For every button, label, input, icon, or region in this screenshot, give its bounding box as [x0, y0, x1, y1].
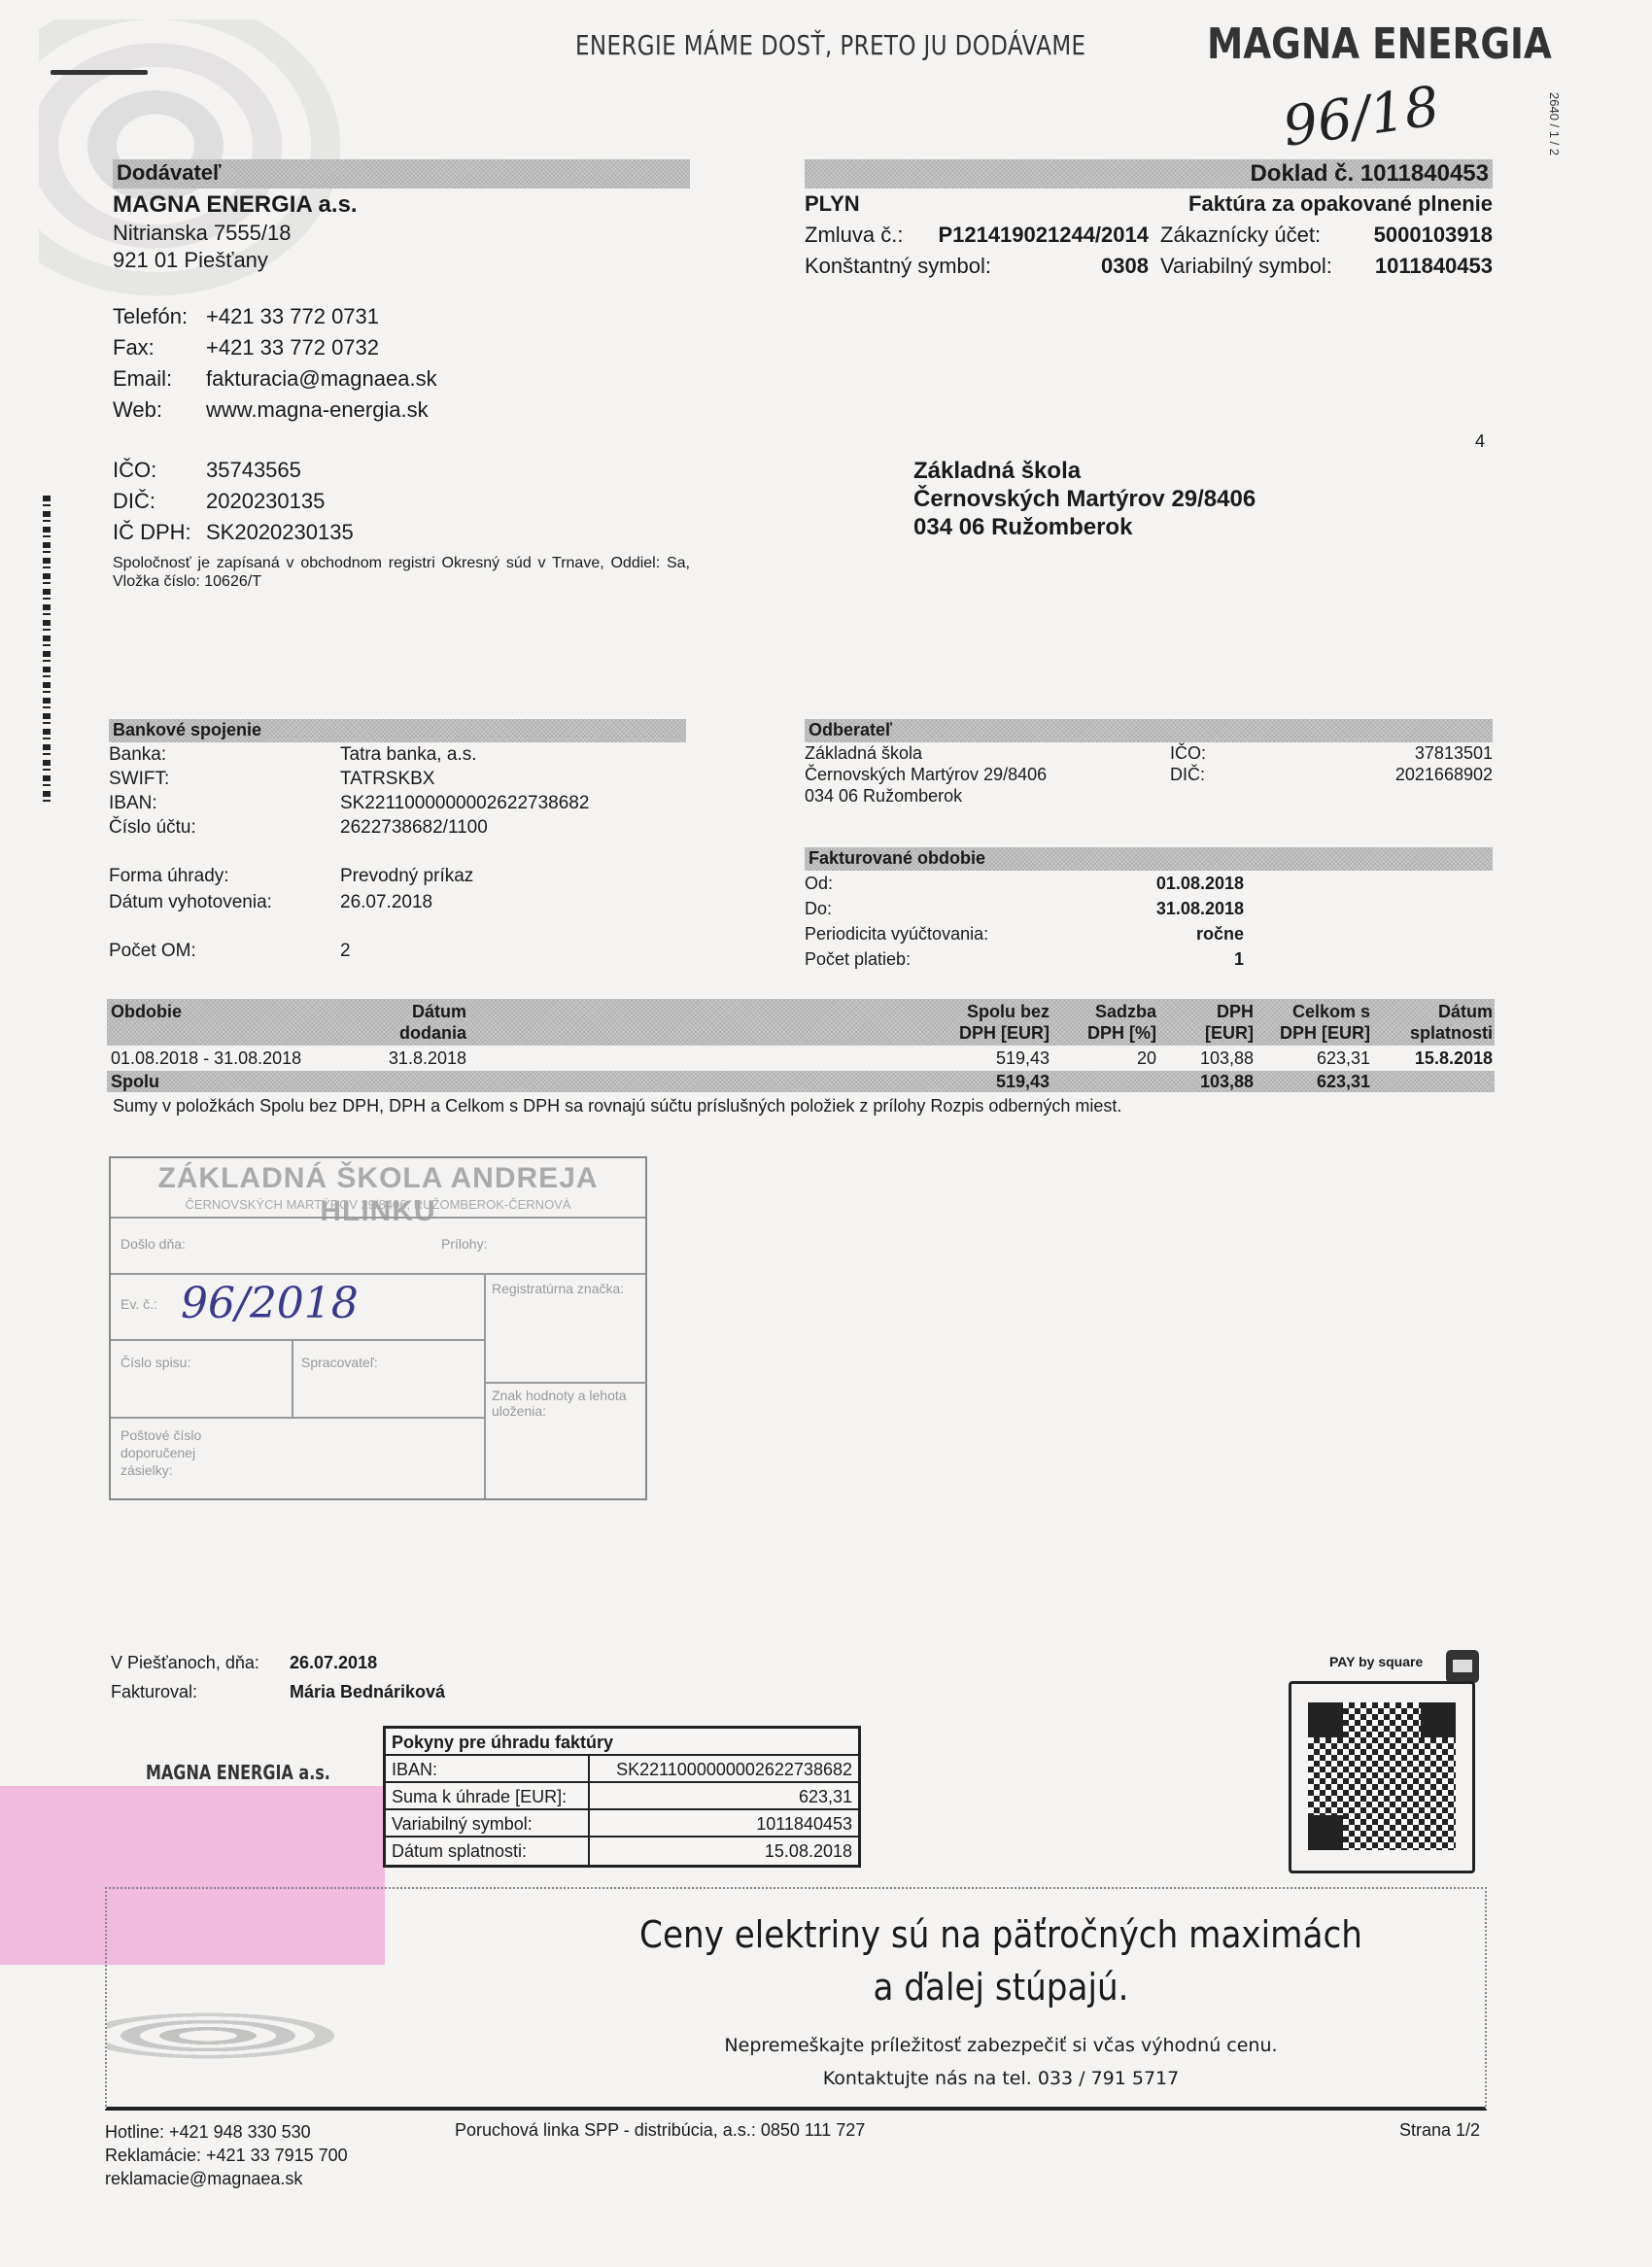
supplier-heading: Dodávateľ — [113, 159, 690, 189]
issue-date-row: Dátum vyhotovenia:26.07.2018 — [109, 889, 686, 915]
customer-block: Odberateľ Základná škola Černovských Mar… — [805, 719, 1493, 807]
payment-due-row: Dátum splatnosti:15.08.2018 — [386, 1838, 858, 1865]
periodicity-row: Periodicita vyúčtovania:ročne — [805, 921, 1493, 946]
col-vat-rate: SadzbaDPH [%] — [1050, 1001, 1156, 1046]
contact-email: Email:fakturacia@magnaea.sk — [113, 363, 690, 395]
contract-value: P121419021244/2014 — [927, 220, 1149, 251]
customer-account-label: Zákaznícky účet: — [1149, 220, 1339, 251]
page-marker: 4 — [1475, 431, 1485, 452]
customer-name: Základná škola — [805, 742, 1170, 764]
payment-iban-row: IBAN:SK2211000000002622738682 — [386, 1756, 858, 1783]
stamp-retention-label: Znak hodnoty a lehota uloženia: — [492, 1388, 637, 1419]
supplier-contacts: Telefón:+421 33 772 0731 Fax:+421 33 772… — [113, 301, 690, 426]
stamp-subtitle: ČERNOVSKÝCH MARTÝROV 29/8406, RUŽOMBEROK… — [111, 1197, 645, 1212]
constant-symbol-label: Konštantný symbol: — [805, 251, 1048, 282]
footer-contacts: Hotline: +421 948 330 530 Reklamácie: +4… — [105, 2120, 348, 2190]
document-header: Doklad č. 1011840453 PLYN Faktúra za opa… — [805, 159, 1493, 282]
stamp-ev-label: Ev. č.: — [120, 1296, 157, 1312]
handwritten-note: 96/18 — [1279, 75, 1443, 159]
stamp-reg-label: Registratúrna značka: — [492, 1281, 647, 1296]
company-stamp: MAGNA ENERGIA a.s. — [146, 1761, 330, 1784]
place-label: V Piešťanoch, dňa: — [111, 1648, 290, 1677]
customer-ico-label: IČO: — [1170, 742, 1287, 764]
place-date: 26.07.2018 — [290, 1648, 377, 1677]
supplier-name: MAGNA ENERGIA a.s. — [113, 190, 690, 220]
bank-swift-row: SWIFT:TATRSKBX — [109, 767, 686, 791]
period-to-row: Do:31.08.2018 — [805, 896, 1493, 921]
registry-stamp: ZÁKLADNÁ ŠKOLA ANDREJA HLINKU ČERNOVSKÝC… — [109, 1156, 647, 1500]
contract-label: Zmluva č.: — [805, 220, 927, 251]
footer-complaints-phone: Reklamácie: +421 33 7915 700 — [105, 2144, 348, 2167]
supplier-icdph: IČ DPH:SK2020230135 — [113, 517, 690, 548]
qr-code[interactable] — [1308, 1702, 1456, 1850]
recipient-line-2: Černovských Martýrov 29/8406 — [913, 485, 1256, 513]
barcode-strip — [43, 496, 51, 807]
col-gross: Celkom sDPH [EUR] — [1254, 1001, 1370, 1046]
col-vat: DPH[EUR] — [1156, 1001, 1254, 1046]
stamp-attachments-label: Prílohy: — [441, 1236, 487, 1252]
table-row: 01.08.2018 - 31.08.2018 31.8.2018 519,43… — [107, 1046, 1495, 1071]
stamp-ev-value: 96/2018 — [181, 1279, 359, 1328]
customer-city: 034 06 Ružomberok — [805, 785, 1170, 807]
billing-period-heading: Fakturované obdobie — [805, 847, 1493, 871]
stamp-received-label: Došlo dňa: — [120, 1236, 186, 1252]
stamp-file-label: Číslo spisu: — [120, 1355, 190, 1370]
payment-instructions: Pokyny pre úhradu faktúry IBAN:SK2211000… — [383, 1726, 861, 1868]
contact-web: Web:www.magna-energia.sk — [113, 395, 690, 426]
signature-block: V Piešťanoch, dňa:26.07.2018 Fakturoval:… — [111, 1648, 445, 1706]
customer-ico-value: 37813501 — [1287, 742, 1493, 764]
supplier-block: Dodávateľ MAGNA ENERGIA a.s. Nitrianska … — [113, 159, 690, 591]
recipient-address: Základná škola Černovských Martýrov 29/8… — [913, 457, 1256, 541]
side-code: 2640 / 1 / 2 — [1547, 92, 1562, 155]
footer-fault-line: Poruchová linka SPP - distribúcia, a.s.:… — [455, 2120, 865, 2141]
invoice-type: Faktúra za opakované plnenie — [1188, 189, 1493, 220]
promo-subtext: Nepremeškajte príležitosť zabezpečiť si … — [544, 2029, 1458, 2095]
customer-dic-value: 2021668902 — [1287, 764, 1493, 785]
payment-amount-row: Suma k úhrade [EUR]:623,31 — [386, 1783, 858, 1810]
billing-period-block: Fakturované obdobie Od:01.08.2018 Do:31.… — [805, 847, 1493, 972]
bank-iban-row: IBAN:SK2211000000002622738682 — [109, 791, 686, 815]
bank-account-row: Číslo účtu:2622738682/1100 — [109, 815, 686, 840]
col-period: Obdobie — [107, 1001, 340, 1046]
payment-vs-row: Variabilný symbol:1011840453 — [386, 1810, 858, 1838]
col-due: Dátumsplatnosti — [1370, 1001, 1495, 1046]
payment-instructions-title: Pokyny pre úhradu faktúry — [386, 1729, 858, 1756]
footer-complaints-email[interactable]: reklamacie@magnaea.sk — [105, 2167, 348, 2190]
recipient-line-1: Základná škola — [913, 457, 1256, 485]
supplier-street: Nitrianska 7555/18 — [113, 220, 690, 247]
payment-form-row: Forma úhrady:Prevodný príkaz — [109, 863, 686, 889]
stamp-handler-label: Spracovateľ: — [301, 1355, 378, 1370]
col-net: Spolu bezDPH [EUR] — [466, 1001, 1050, 1046]
brand-logo: MAGNA ENERGIA — [1207, 19, 1552, 69]
promo-headline: Ceny elektriny sú na päťročných maximách… — [590, 1908, 1412, 2013]
payment-count-row: Počet platieb:1 — [805, 946, 1493, 972]
variable-symbol-value: 1011840453 — [1339, 251, 1493, 282]
constant-symbol-value: 0308 — [1048, 251, 1149, 282]
document-number: Doklad č. 1011840453 — [805, 159, 1493, 189]
commodity: PLYN — [805, 189, 860, 220]
invoiced-by: Mária Bednáriková — [290, 1677, 445, 1706]
customer-dic-label: DIČ: — [1170, 764, 1287, 785]
page-number: Strana 1/2 — [1399, 2120, 1480, 2141]
contact-fax: Fax:+421 33 772 0732 — [113, 332, 690, 363]
card-icon — [1446, 1650, 1479, 1683]
customer-heading: Odberateľ — [805, 719, 1493, 742]
customer-street: Černovských Martýrov 29/8406 — [805, 764, 1170, 785]
invoiced-label: Fakturoval: — [111, 1677, 290, 1706]
footer-hotline: Hotline: +421 948 330 530 — [105, 2120, 348, 2144]
items-header: Obdobie Dátumdodania Spolu bezDPH [EUR] … — [107, 999, 1495, 1046]
slogan: ENERGIE MÁME DOSŤ, PRETO JU DODÁVAME — [575, 29, 1085, 61]
col-delivery: Dátumdodania — [340, 1001, 466, 1046]
supplier-ico: IČO:35743565 — [113, 455, 690, 486]
items-note: Sumy v položkách Spolu bez DPH, DPH a Ce… — [113, 1096, 1121, 1116]
bank-heading: Bankové spojenie — [109, 719, 686, 742]
promo-swirl-decoration — [107, 1963, 612, 2109]
pay-by-square-label: PAY by square — [1329, 1654, 1423, 1669]
bank-name-row: Banka:Tatra banka, a.s. — [109, 742, 686, 767]
stamp-post-label: Poštové číslo doporučenej zásielky: — [120, 1426, 227, 1479]
supplier-dic: DIČ:2020230135 — [113, 486, 690, 517]
items-table: Obdobie Dátumdodania Spolu bezDPH [EUR] … — [107, 999, 1495, 1092]
period-from-row: Od:01.08.2018 — [805, 871, 1493, 896]
contact-phone: Telefón:+421 33 772 0731 — [113, 301, 690, 332]
bank-block: Bankové spojenie Banka:Tatra banka, a.s.… — [109, 719, 686, 964]
customer-account-value: 5000103918 — [1339, 220, 1493, 251]
supplier-city: 921 01 Piešťany — [113, 247, 690, 274]
registry-note: Spoločnosť je zapísaná v obchodnom regis… — [113, 554, 690, 591]
variable-symbol-label: Variabilný symbol: — [1149, 251, 1339, 282]
supplier-ids: IČO:35743565 DIČ:2020230135 IČ DPH:SK202… — [113, 455, 690, 548]
brand-line-decoration — [51, 70, 148, 75]
om-count-row: Počet OM:2 — [109, 939, 686, 964]
recipient-line-3: 034 06 Ružomberok — [913, 513, 1256, 541]
table-total-row: Spolu 519,43 103,88 623,31 — [107, 1071, 1495, 1092]
